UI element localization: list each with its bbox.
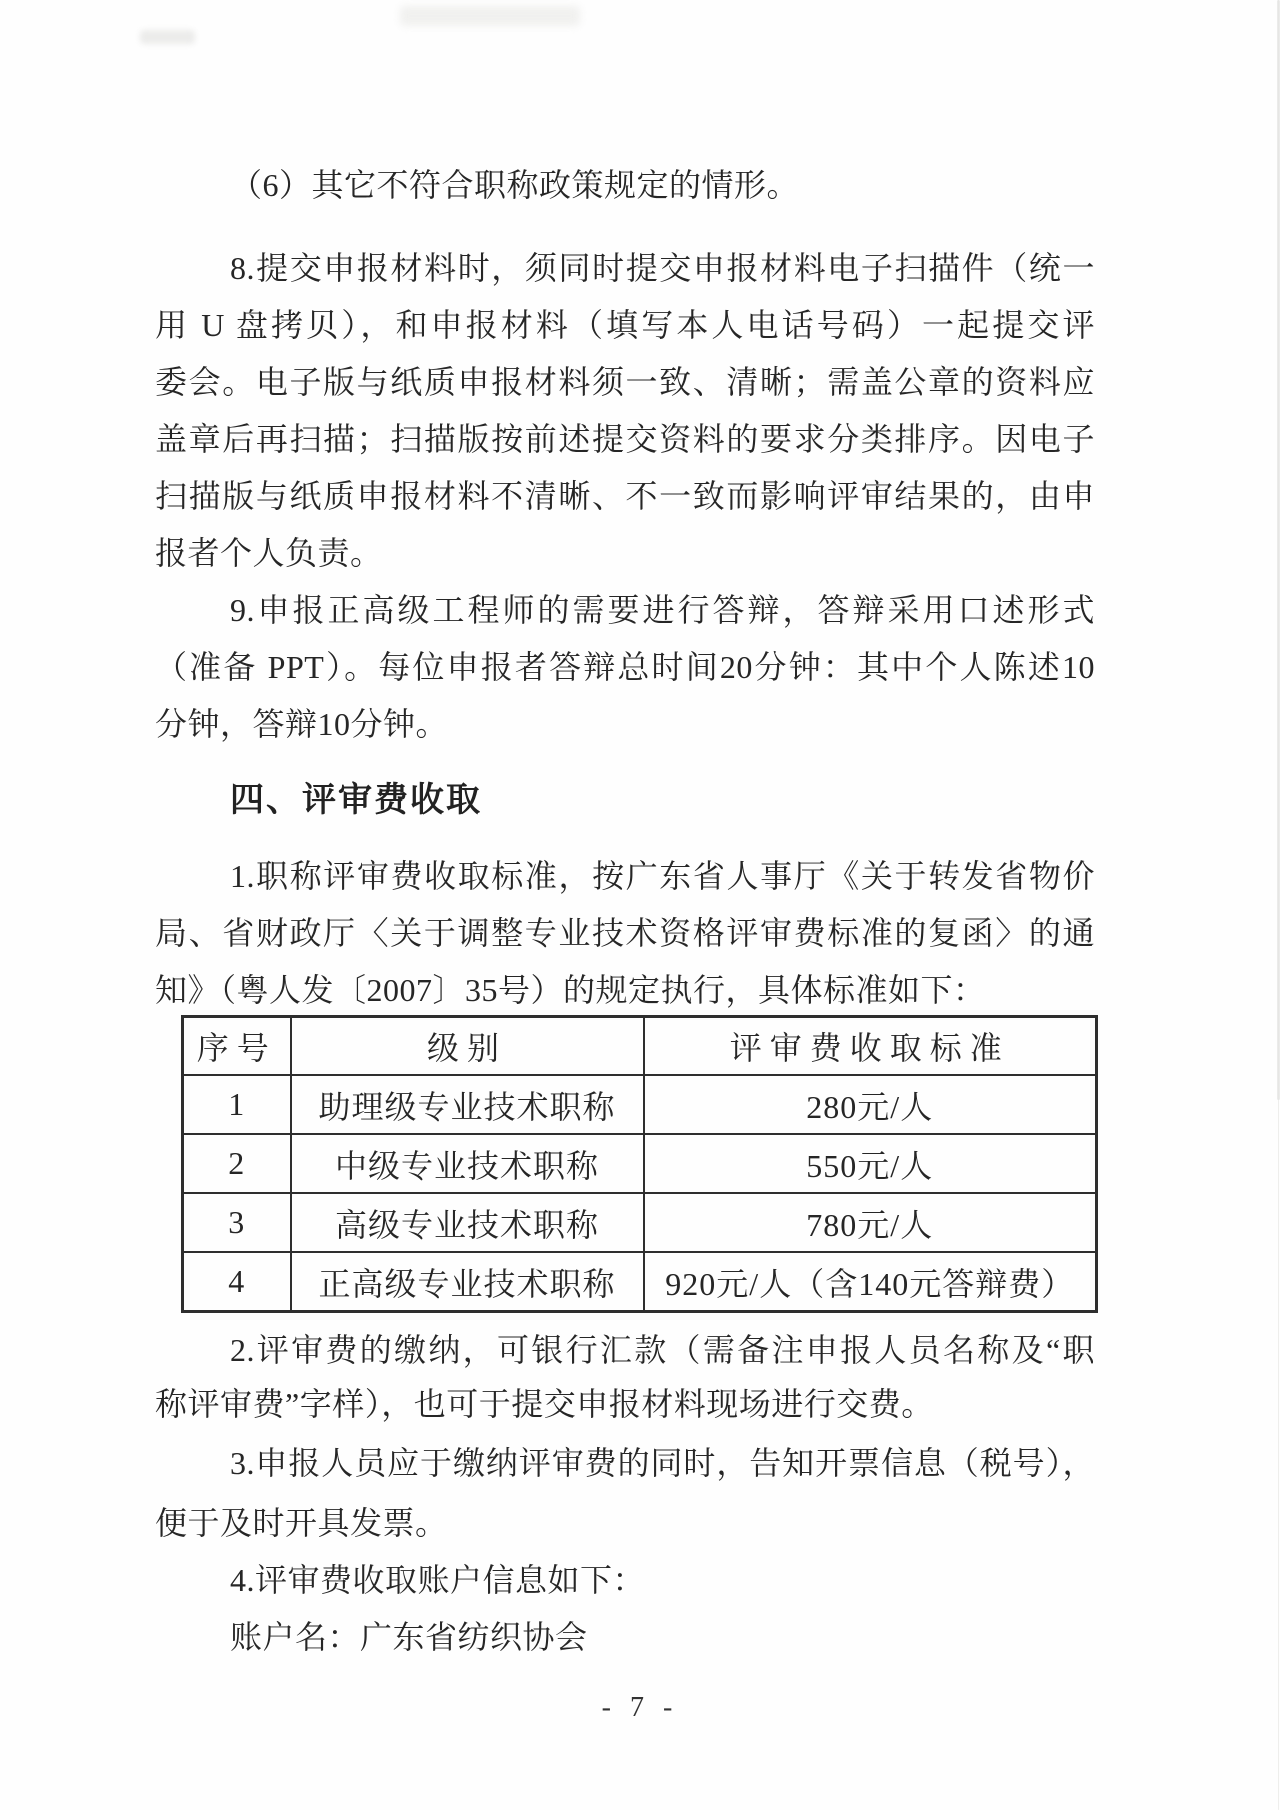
paragraph-line: 局、省财政厅〈关于调整专业技术资格评审费标准的复函〉的通 xyxy=(155,905,1095,962)
scan-artifact xyxy=(140,30,195,44)
table-row: 2 中级专业技术职称 550元/人 xyxy=(183,1134,1097,1193)
table-cell-no: 2 xyxy=(183,1134,291,1193)
scan-artifact xyxy=(400,6,580,26)
table-cell-level: 正高级专业技术职称 xyxy=(291,1252,644,1312)
table-row: 4 正高级专业技术职称 920元/人（含140元答辩费） xyxy=(183,1252,1097,1312)
paragraph-line: 1.职称评审费收取标准，按广东省人事厅《关于转发省物价 xyxy=(155,848,1095,905)
paragraph-line: 扫描版与纸质申报材料不清晰、不一致而影响评审结果的，由申 xyxy=(155,468,1095,525)
paragraph-line: 分钟，答辩10分钟。 xyxy=(155,696,1095,753)
paragraph-line: （6）其它不符合职称政策规定的情形。 xyxy=(155,157,1095,214)
table-header-cell-no: 序号 xyxy=(183,1017,291,1076)
table-row: 3 高级专业技术职称 780元/人 xyxy=(183,1193,1097,1252)
table-cell-level: 高级专业技术职称 xyxy=(291,1193,644,1252)
paragraph-line: 委会。电子版与纸质申报材料须一致、清晰；需盖公章的资料应 xyxy=(155,354,1095,411)
table-row: 1 助理级专业技术职称 280元/人 xyxy=(183,1075,1097,1134)
scan-edge-line xyxy=(1278,0,1279,1810)
table-header-cell-fee: 评审费收取标准 xyxy=(644,1017,1097,1076)
table-cell-fee: 550元/人 xyxy=(644,1134,1097,1193)
page-number: - 7 - xyxy=(0,1688,1280,1728)
section-heading: 四、评审费收取 xyxy=(230,772,482,829)
table-header-cell-level: 级别 xyxy=(291,1017,644,1076)
paragraph-line: 8.提交申报材料时，须同时提交申报材料电子扫描件（统一 xyxy=(155,240,1095,297)
paragraph-line: 4.评审费收取账户信息如下： xyxy=(155,1552,1095,1609)
fee-table: 序号 级别 评审费收取标准 1 助理级专业技术职称 280元/人 2 中级专业技… xyxy=(181,1015,1098,1313)
paragraph-line: 用 U 盘拷贝），和申报材料（填写本人电话号码）一起提交评 xyxy=(155,297,1095,354)
table-cell-level: 助理级专业技术职称 xyxy=(291,1075,644,1134)
paragraph-line: 知》（粤人发〔2007〕35号）的规定执行，具体标准如下： xyxy=(155,962,1095,1019)
table-cell-no: 3 xyxy=(183,1193,291,1252)
paragraph-line: 便于及时开具发票。 xyxy=(155,1495,1095,1552)
paragraph-line: 账户名：广东省纺织协会 xyxy=(155,1609,1095,1666)
table-cell-level: 中级专业技术职称 xyxy=(291,1134,644,1193)
table-cell-fee: 920元/人（含140元答辩费） xyxy=(644,1252,1097,1312)
table-cell-no: 1 xyxy=(183,1075,291,1134)
paragraph-line: 盖章后再扫描；扫描版按前述提交资料的要求分类排序。因电子 xyxy=(155,411,1095,468)
paragraph-line: 9.申报正高级工程师的需要进行答辩，答辩采用口述形式 xyxy=(155,582,1095,639)
table-cell-fee: 280元/人 xyxy=(644,1075,1097,1134)
table-cell-no: 4 xyxy=(183,1252,291,1312)
table-header-row: 序号 级别 评审费收取标准 xyxy=(183,1017,1097,1076)
paragraph-line: （准备 PPT）。每位申报者答辩总时间20分钟：其中个人陈述10 xyxy=(155,639,1095,696)
paragraph-line: 3.申报人员应于缴纳评审费的同时，告知开票信息（税号）， xyxy=(155,1435,1095,1492)
paragraph-line: 报者个人负责。 xyxy=(155,525,1095,582)
table-cell-fee: 780元/人 xyxy=(644,1193,1097,1252)
paragraph-line: 2.评审费的缴纳，可银行汇款（需备注申报人员名称及“职 xyxy=(155,1322,1095,1379)
document-page: （6）其它不符合职称政策规定的情形。 8.提交申报材料时，须同时提交申报材料电子… xyxy=(0,0,1280,1810)
paragraph-line: 称评审费”字样），也可于提交申报材料现场进行交费。 xyxy=(155,1376,1095,1433)
